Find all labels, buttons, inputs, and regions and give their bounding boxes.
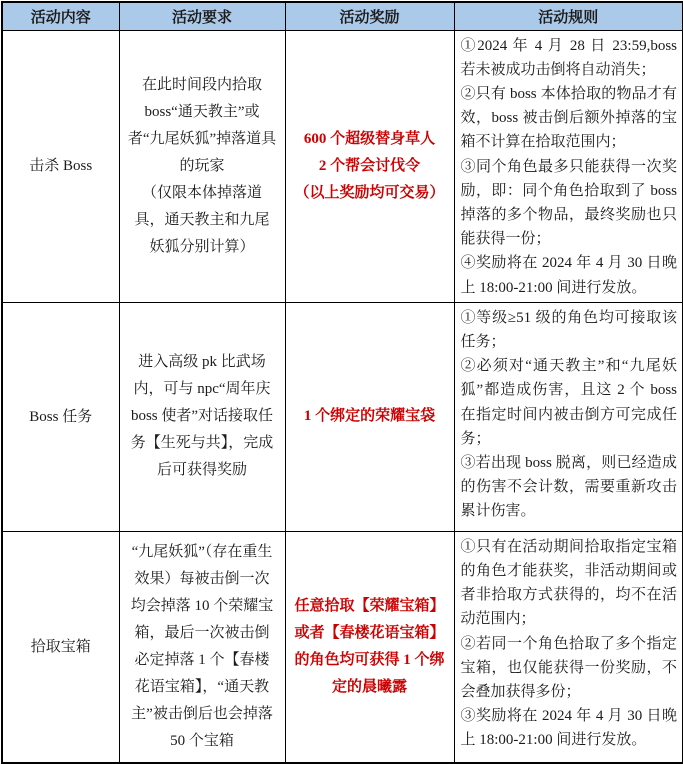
- table-row-kill-boss: 击杀 Boss 在此时间段内拾取 boss“通天教主”或者“九尾妖狐”掉落道具的…: [2, 30, 683, 302]
- reward-line: 2 个帮会讨伐令: [292, 153, 448, 180]
- header-activity-rules: 活动规则: [454, 2, 683, 30]
- table-row-boss-task: Boss 任务 进入高级 pk 比武场内，可与 npc“周年庆 boss 使者”…: [2, 302, 683, 531]
- rule-item: ③同个角色最多只能获得一次奖励，即：同个角色拾取到了 boss 掉落的多个物品，…: [461, 155, 678, 252]
- activity-rules-table: 活动内容 活动要求 活动奖励 活动规则 击杀 Boss 在此时间段内拾取 bos…: [1, 1, 683, 764]
- activity-rules: ①2024 年 4 月 28 日 23:59,boss 若未被成功击倒将自动消失…: [454, 30, 683, 302]
- activity-reward: 600 个超级替身草人 2 个帮会讨伐令 （以上奖励均可交易）: [285, 30, 454, 302]
- rule-item: ①2024 年 4 月 28 日 23:59,boss 若未被成功击倒将自动消失…: [461, 34, 678, 82]
- header-activity-content: 活动内容: [2, 2, 119, 30]
- rule-item: ④奖励将在 2024 年 4 月 30 日晚上 18:00-21:00 间进行发…: [461, 251, 678, 299]
- rule-item: ②必须对“通天教主”和“九尾妖狐”都造成伤害，且这 2 个 boss 在指定时间…: [461, 354, 678, 451]
- activity-rules: ①只有在活动期间拾取指定宝箱的角色才能获奖，非活动期间或者非拾取方式获得的，均不…: [454, 531, 683, 763]
- reward-line: 任意拾取【荣耀宝箱】或者【春楼花语宝箱】的角色均可获得 1 个绑定的晨曦露: [292, 593, 448, 701]
- activity-requirement: 在此时间段内拾取 boss“通天教主”或者“九尾妖狐”掉落道具的玩家 （仅限本体…: [119, 30, 285, 302]
- rule-item: ②只有 boss 本体拾取的物品才有效，boss 被击倒后额外掉落的宝箱不计算在…: [461, 82, 678, 155]
- rule-item: ①等级≥51 级的角色均可接取该任务；: [461, 306, 678, 354]
- activity-name: 拾取宝箱: [2, 531, 119, 763]
- rule-item: ③若出现 boss 脱离，则已经造成的伤害不会计数，需要重新攻击累计伤害。: [461, 451, 678, 524]
- rule-item: ①只有在活动期间拾取指定宝箱的角色才能获奖，非活动期间或者非拾取方式获得的，均不…: [461, 535, 678, 632]
- rule-item: ③奖励将在 2024 年 4 月 30 日晚上 18:00-21:00 间进行发…: [461, 704, 678, 752]
- activity-rules: ①等级≥51 级的角色均可接取该任务； ②必须对“通天教主”和“九尾妖狐”都造成…: [454, 302, 683, 531]
- activity-reward: 任意拾取【荣耀宝箱】或者【春楼花语宝箱】的角色均可获得 1 个绑定的晨曦露: [285, 531, 454, 763]
- header-activity-reward: 活动奖励: [285, 2, 454, 30]
- header-activity-requirement: 活动要求: [119, 2, 285, 30]
- activity-reward: 1 个绑定的荣耀宝袋: [285, 302, 454, 531]
- reward-line: 1 个绑定的荣耀宝袋: [292, 403, 448, 430]
- reward-line: （以上奖励均可交易）: [292, 180, 448, 207]
- reward-line: 600 个超级替身草人: [292, 126, 448, 153]
- header-row: 活动内容 活动要求 活动奖励 活动规则: [2, 2, 683, 30]
- activity-name: 击杀 Boss: [2, 30, 119, 302]
- table-row-pick-chest: 拾取宝箱 “九尾妖狐”（存在重生效果）每被击倒一次均会掉落 10 个荣耀宝箱，最…: [2, 531, 683, 763]
- activity-name: Boss 任务: [2, 302, 119, 531]
- activity-requirement: 进入高级 pk 比武场内，可与 npc“周年庆 boss 使者”对话接取任务【生…: [119, 302, 285, 531]
- activity-requirement: “九尾妖狐”（存在重生效果）每被击倒一次均会掉落 10 个荣耀宝箱，最后一次被击…: [119, 531, 285, 763]
- rule-item: ②若同一个角色拾取了多个指定宝箱，也仅能获得一份奖励，不会叠加获得多份；: [461, 632, 678, 705]
